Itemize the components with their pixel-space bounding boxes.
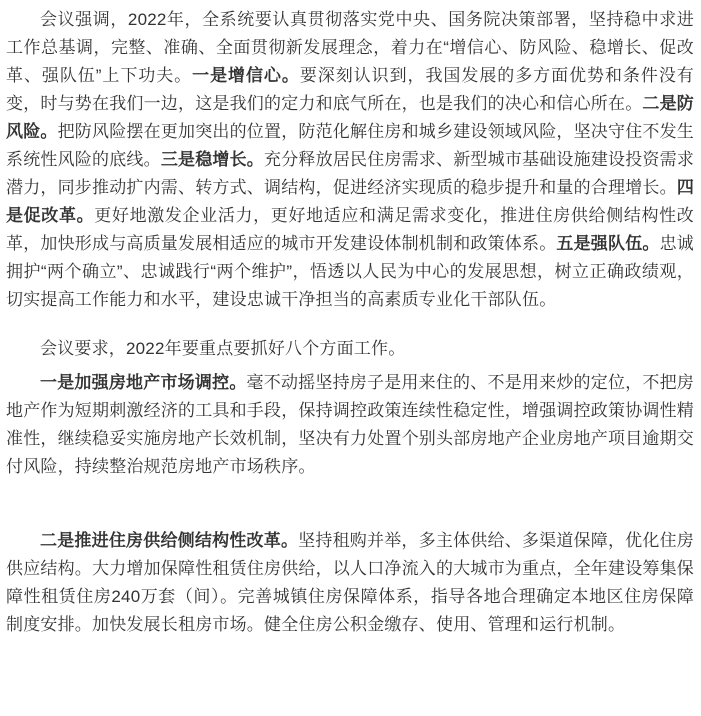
bold-text-run: 五是强队伍。 bbox=[556, 234, 659, 253]
text-run: 会议要求，2022年要重点要抓好八个方面工作。 bbox=[40, 339, 405, 358]
paragraph-task-2: 二是推进住房供给侧结构性改革。坚持租购并举，多主体供给、多渠道保障，优化住房供应… bbox=[6, 527, 694, 639]
bold-text-run: 一是增信心。 bbox=[192, 66, 300, 85]
article-body: 会议强调，2022年，全系统要认真贯彻落实党中央、国务院决策部署，坚持稳中求进工… bbox=[0, 0, 701, 639]
bold-text-run: 三是稳增长。 bbox=[161, 150, 264, 169]
bold-text-run: 一是加强房地产市场调控。 bbox=[40, 373, 247, 392]
bold-text-run: 二是推进住房供给侧结构性改革。 bbox=[40, 531, 298, 550]
paragraph-task-1: 一是加强房地产市场调控。毫不动摇坚持房子是用来住的、不是用来炒的定位，不把房地产… bbox=[6, 369, 694, 481]
paragraph-meeting-requirements: 会议要求，2022年要重点要抓好八个方面工作。 bbox=[6, 335, 694, 363]
paragraph-meeting-emphasis: 会议强调，2022年，全系统要认真贯彻落实党中央、国务院决策部署，坚持稳中求进工… bbox=[6, 6, 694, 314]
